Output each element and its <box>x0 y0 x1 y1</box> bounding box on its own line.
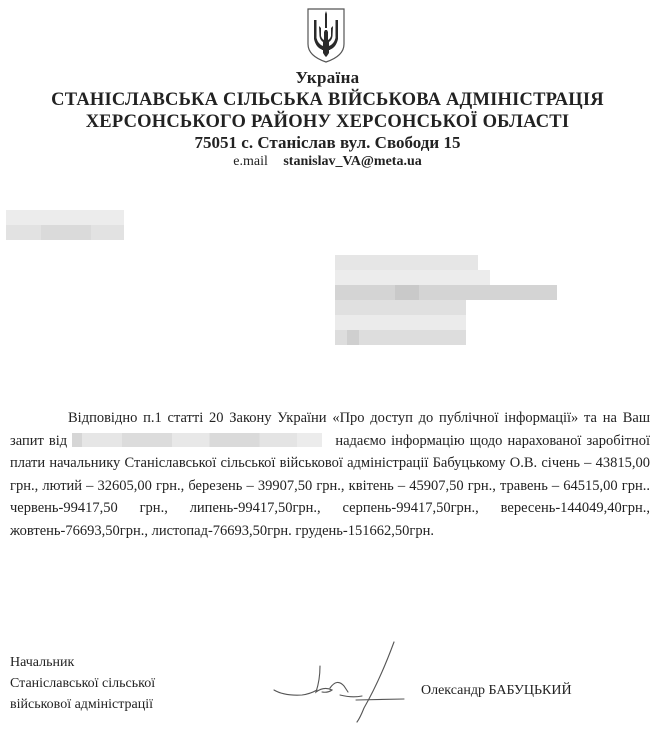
header-organization-line1: СТАНІСЛАВСЬКА СІЛЬСЬКА ВІЙСЬКОВА АДМІНІС… <box>0 90 655 111</box>
position-line1: Начальник <box>10 652 155 673</box>
salary-entry-червень: червень-99417,50 грн., <box>10 500 190 516</box>
header-organization-line2: ХЕРСОНСЬКОГО РАЙОНУ ХЕРСОНСЬКОЇ ОБЛАСТІ <box>0 112 655 133</box>
signer-name: Олександр БАБУЦЬКИЙ <box>421 683 572 699</box>
salary-entry-лютий: лютий – 32605,00 грн., <box>42 478 188 494</box>
salary-entry-квітень: квітень – 45907,50 грн., <box>349 478 500 494</box>
header-email-line: e.mail stanislav_VA@meta.ua <box>0 154 655 170</box>
salary-entry-липень: липень-99417,50грн., <box>190 500 343 516</box>
position-line2: Станіславської сільської <box>10 673 155 694</box>
salary-entry-березень: березень – 39907,50 грн., <box>188 478 348 494</box>
handwritten-signature-icon <box>262 640 422 728</box>
email-label: e.mail <box>233 154 268 169</box>
email-address: stanislav_VA@meta.ua <box>283 154 421 169</box>
header-address: 75051 с. Станіслав вул. Свободи 15 <box>0 133 655 153</box>
redacted-request-date <box>72 433 322 447</box>
body-paragraph: Відповідно п.1 статті 20 Закону України … <box>10 407 650 543</box>
salary-entry-серпень: серпень-99417,50грн., <box>343 500 501 516</box>
header-country: Україна <box>0 68 655 88</box>
signatory-position: Начальник Станіславської сільської війсь… <box>10 652 155 715</box>
salary-entry-листопад: листопад-76693,50грн. <box>152 523 296 539</box>
salary-entry-жовтень: жовтень-76693,50грн., <box>10 523 152 539</box>
salary-entry-травень: травень – 64515,00 грн.. <box>500 478 650 494</box>
position-line3: військової адміністрації <box>10 694 155 715</box>
salary-entry-грудень: грудень-151662,50грн. <box>295 523 434 539</box>
salary-entry-вересень: вересень-144049,40грн., <box>501 500 650 516</box>
redacted-recipient-block <box>335 255 557 345</box>
redacted-outgoing-number <box>6 210 124 240</box>
coat-of-arms-icon <box>304 6 348 64</box>
